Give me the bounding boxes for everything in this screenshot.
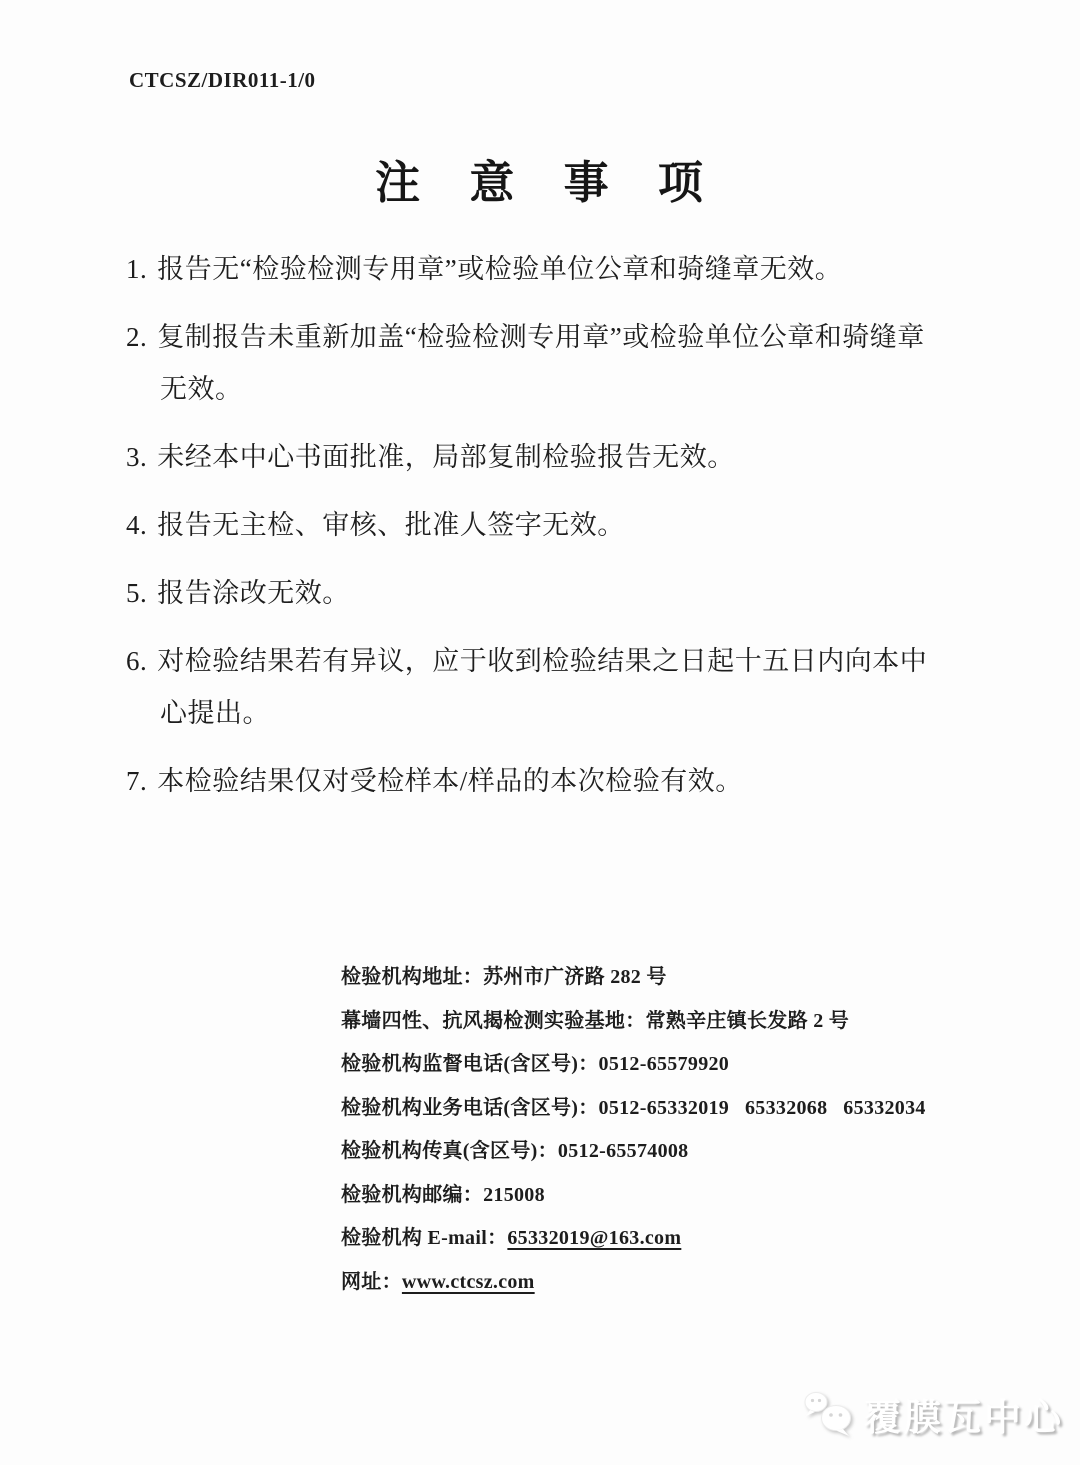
contact-line-email: 检验机构 E-mail：65332019@163.com [341, 1217, 926, 1261]
contact-label: 检验机构业务电话(含区号)： [341, 1097, 599, 1119]
note-item-4: 4.报告无主检、审核、批准人签字无效。 [126, 499, 941, 551]
note-text: 复制报告未重新加盖“检验检测专用章”或检验单位公章和骑缝章无效。 [157, 322, 924, 404]
note-number: 2. [126, 322, 147, 352]
note-item-3: 3.未经本中心书面批准，局部复制检验报告无效。 [126, 431, 941, 483]
page-title: 注 意 事 项 [0, 146, 1080, 211]
note-item-6: 6.对检验结果若有异议，应于收到检验结果之日起十五日内向本中心提出。 [126, 635, 941, 739]
contact-info: 检验机构地址：苏州市广济路 282 号 幕墙四性、抗风揭检测实验基地：常熟辛庄镇… [341, 956, 926, 1304]
note-text: 对检验结果若有异议，应于收到检验结果之日起十五日内向本中心提出。 [157, 646, 927, 728]
contact-value: 0512-65579920 [599, 1053, 730, 1075]
contact-value: 215008 [483, 1184, 545, 1206]
contact-line-fax: 检验机构传真(含区号)：0512-65574008 [341, 1130, 926, 1174]
contact-value: 苏州市广济路 282 号 [483, 966, 667, 988]
note-number: 5. [126, 578, 147, 608]
contact-value: 常熟辛庄镇长发路 2 号 [646, 1010, 850, 1032]
note-number: 7. [126, 766, 147, 796]
contact-value: 0512-65332019 65332068 65332034 [599, 1097, 926, 1119]
document-page: CTCSZ/DIR011-1/0 注 意 事 项 1.报告无“检验检测专用章”或… [0, 0, 1080, 1465]
note-number: 1. [126, 254, 147, 284]
contact-line-address: 检验机构地址：苏州市广济路 282 号 [341, 956, 926, 1000]
contact-label: 检验机构 E-mail： [341, 1227, 507, 1249]
note-item-2: 2.复制报告未重新加盖“检验检测专用章”或检验单位公章和骑缝章无效。 [126, 311, 941, 415]
note-text: 本检验结果仅对受检样本/样品的本次检验有效。 [157, 766, 743, 796]
note-number: 3. [126, 442, 147, 472]
contact-line-website: 网址：www.ctcsz.com [341, 1261, 926, 1305]
contact-label: 检验机构传真(含区号)： [341, 1140, 558, 1162]
email-value: 65332019@163.com [507, 1227, 681, 1249]
contact-label: 检验机构监督电话(含区号)： [341, 1053, 599, 1075]
contact-line-business-phone: 检验机构业务电话(含区号)：0512-65332019 65332068 653… [341, 1087, 926, 1131]
wechat-icon [803, 1389, 857, 1439]
note-text: 报告无“检验检测专用章”或检验单位公章和骑缝章无效。 [157, 254, 842, 284]
contact-line-supervision-phone: 检验机构监督电话(含区号)：0512-65579920 [341, 1043, 926, 1087]
watermark: 覆膜瓦中心 [803, 1387, 1064, 1441]
contact-line-test-base: 幕墙四性、抗风揭检测实验基地：常熟辛庄镇长发路 2 号 [341, 1000, 926, 1044]
note-item-7: 7.本检验结果仅对受检样本/样品的本次检验有效。 [126, 755, 941, 807]
note-number: 6. [126, 646, 147, 676]
contact-value: 0512-65574008 [558, 1140, 689, 1162]
contact-label: 幕墙四性、抗风揭检测实验基地： [341, 1010, 646, 1032]
notes-list: 1.报告无“检验检测专用章”或检验单位公章和骑缝章无效。 2.复制报告未重新加盖… [126, 243, 941, 823]
note-item-1: 1.报告无“检验检测专用章”或检验单位公章和骑缝章无效。 [126, 243, 941, 295]
note-text: 报告涂改无效。 [157, 578, 350, 608]
document-code: CTCSZ/DIR011-1/0 [129, 68, 316, 93]
watermark-text: 覆膜瓦中心 [864, 1387, 1064, 1441]
contact-line-postcode: 检验机构邮编：215008 [341, 1174, 926, 1218]
note-number: 4. [126, 510, 147, 540]
contact-label: 检验机构地址： [341, 966, 483, 988]
note-item-5: 5.报告涂改无效。 [126, 567, 941, 619]
note-text: 未经本中心书面批准，局部复制检验报告无效。 [157, 442, 735, 472]
note-text: 报告无主检、审核、批准人签字无效。 [157, 510, 625, 540]
website-value: www.ctcsz.com [402, 1271, 535, 1293]
contact-label: 检验机构邮编： [341, 1184, 483, 1206]
contact-label: 网址： [341, 1271, 402, 1293]
